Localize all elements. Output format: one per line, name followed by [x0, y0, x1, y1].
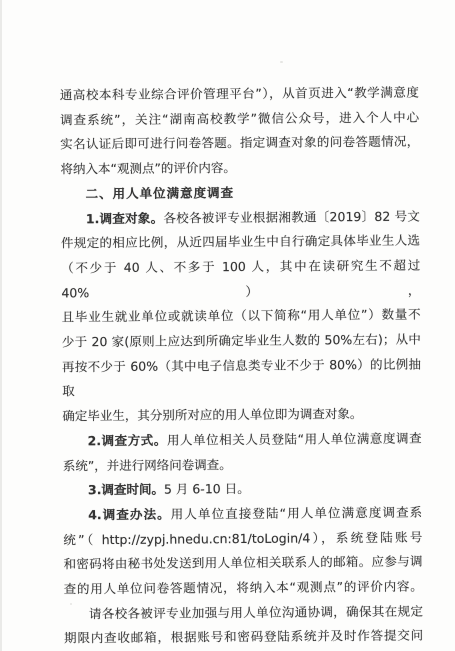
line-text: 再按不少于 60%（其中电子信息类专业不少于 80%）的比例抽取 [62, 356, 421, 399]
line-text: 确定毕业生，其分别所对应的用人单位即为调查对象。 [62, 406, 362, 423]
text-line: 3.调查时间。5 月 6-10 日。 [63, 476, 422, 504]
text-line: 4.调查办法。用人单位直接登陆“用人单位满意度调查系 [63, 501, 422, 529]
scan-edge-shadow [0, 0, 2, 651]
line-text: 统”（ http://zypj.hnedu.cn:81/toLogin/4），系… [63, 529, 422, 547]
text-line: 查的用人单位问卷答题情况，将纳入本“观测点”的评价内容。 [64, 575, 423, 603]
text-line: 调查系统”，关注“湖南高校教学”微信公众号，进入个人中心 [60, 105, 419, 133]
line-text: 用人单位直接登陆“用人单位满意度调查系 [171, 505, 423, 522]
text-line: 和密码将由秘书处发送到用人单位相关联系人的邮箱。应参与调 [63, 550, 422, 578]
line-text: 请各校各被评专业加强与用人单位沟通协调，确保其在规定 [89, 603, 423, 621]
text-line: 请各校各被评专业加强与用人单位沟通协调，确保其在规定 [64, 599, 423, 627]
text-line: 件规定的相应比例，从近四届毕业生中自行确定具体毕业生人选 [61, 229, 420, 257]
text-line: 将纳入本“观测点”的评价内容。 [60, 155, 419, 183]
line-text: 件规定的相应比例，从近四届毕业生中自行确定具体毕业生人选 [61, 233, 420, 251]
line-text: 调查系统”，关注“湖南高校教学”微信公众号，进入个人中心 [60, 109, 419, 127]
text-line: 2.调查方式。用人单位相关人员登陆“用人单位满意度调查 [62, 426, 421, 454]
scanned-document-page: 通高校本科专业综合评价管理平台”），从首页进入“教学满意度调查系统”，关注“湖南… [0, 0, 455, 651]
text-line: 期限内查收邮箱，根据账号和密码登陆系统并及时作答提交问 [64, 624, 423, 651]
line-text: 将纳入本“观测点”的评价内容。 [60, 160, 236, 176]
scan-noise-speck [280, 61, 283, 63]
text-line: 实名认证后即可进行问卷答题。指定调查对象的问卷答题情况， [60, 130, 419, 158]
line-text: 各校各被评专业根据湘教通〔2019〕82 号文 [163, 208, 420, 225]
line-text: 且毕业生就业单位或就读单位（以下简称“用人单位”）数量不 [62, 307, 421, 325]
scan-noise-speck [267, 631, 270, 634]
bold-run-in-label: 二、用人单位满意度调查 [86, 185, 235, 201]
text-line: 系统”，并进行网络问卷调查。 [63, 451, 422, 479]
bold-run-in-label: 1.调查对象。 [86, 210, 164, 226]
text-line: 统”（ http://zypj.hnedu.cn:81/toLogin/4），系… [63, 525, 422, 553]
line-text: 通高校本科专业综合评价管理平台”），从首页进入“教学满意度 [60, 85, 419, 103]
line-text: 系统”，并进行网络问卷调查。 [63, 457, 232, 473]
section-heading: 二、用人单位满意度调查 [61, 179, 420, 207]
bold-run-in-label: 2.调查方式。 [88, 432, 167, 448]
text-line: 且毕业生就业单位或就读单位（以下简称“用人单位”）数量不 [62, 303, 421, 331]
bold-run-in-label: 3.调查时间。 [88, 482, 164, 498]
document-text: 通高校本科专业综合评价管理平台”），从首页进入“教学满意度调查系统”，关注“湖南… [60, 81, 423, 651]
text-line: 再按不少于 60%（其中电子信息类专业不少于 80%）的比例抽取 [62, 352, 421, 404]
text-line: 确定毕业生，其分别所对应的用人单位即为调查对象。 [62, 402, 421, 430]
text-line: 少于 20 家(原则上应达到所确定毕业生人数的 50%左右)；从中 [62, 328, 421, 356]
line-text: 5 月 6-10 日。 [164, 481, 250, 497]
line-text: 少于 20 家(原则上应达到所确定毕业生人数的 50%左右)；从中 [62, 332, 421, 350]
scan-noise-speck [70, 603, 72, 605]
text-line: 1.调查对象。各校各被评专业根据湘教通〔2019〕82 号文 [61, 204, 420, 232]
line-text: 查的用人单位问卷答题情况，将纳入本“观测点”的评价内容。 [64, 579, 423, 597]
line-text: 实名认证后即可进行问卷答题。指定调查对象的问卷答题情况， [60, 134, 419, 152]
scan-noise-speck [258, 585, 261, 587]
line-text: 期限内查收邮箱，根据账号和密码登陆系统并及时作答提交问 [64, 628, 423, 646]
text-line: （不少于 40 人、不多于 100 人，其中在读研究生不超过 40%）， [61, 254, 420, 306]
line-text: 用人单位相关人员登陆“用人单位满意度调查 [167, 430, 422, 447]
line-text: 和密码将由秘书处发送到用人单位相关联系人的邮箱。应参与调 [63, 554, 422, 572]
line-text: （不少于 40 人、不多于 100 人，其中在读研究生不超过 40%）， [61, 258, 420, 301]
bold-run-in-label: 4.调查办法。 [88, 507, 171, 523]
text-line: 通高校本科专业综合评价管理平台”），从首页进入“教学满意度 [60, 81, 419, 109]
